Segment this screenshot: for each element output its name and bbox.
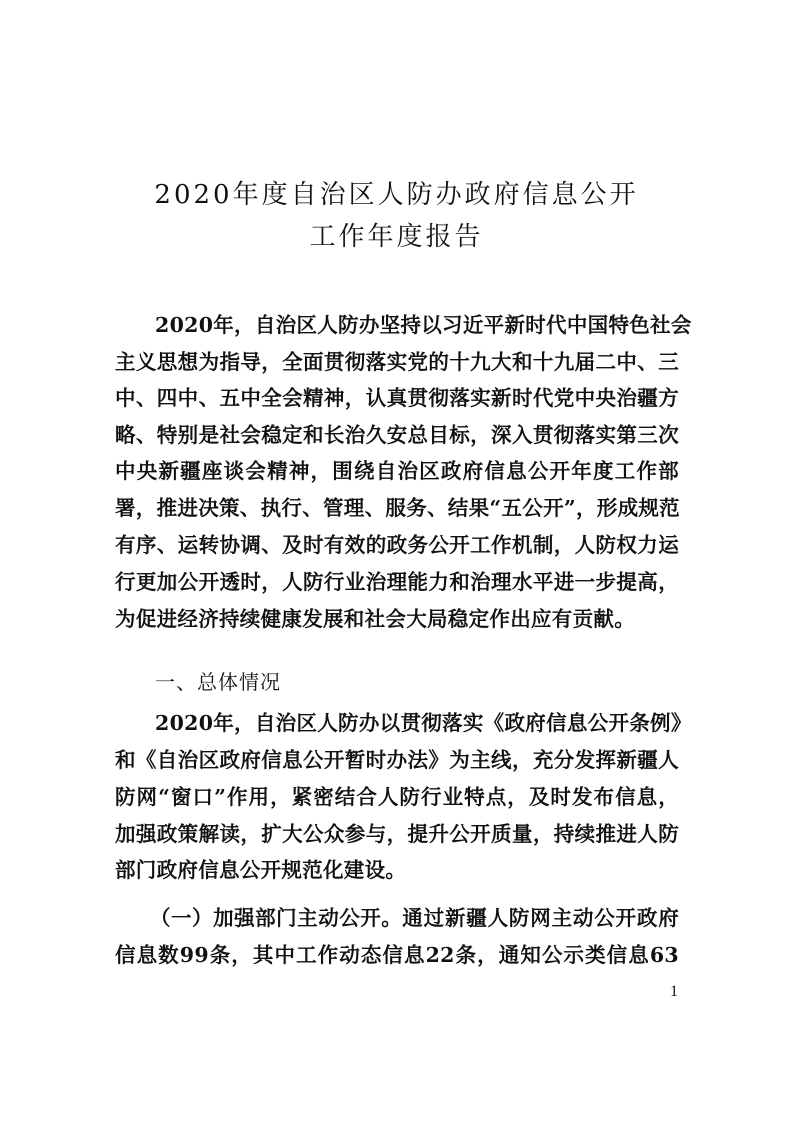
page-number: 1 (670, 982, 678, 1002)
paragraph-line: 为促进经济持续健康发展和社会大局稳定作出应有贡献。 (115, 604, 679, 634)
section-heading-overview: 一、总体情况 (155, 667, 281, 697)
paragraph-line: （一）加强部门主动公开。通过新疆人防网主动公开政府 (150, 903, 679, 933)
paragraph-line: 署，推进决策、执行、管理、服务、结果“五公开”，形成规范 (115, 493, 679, 523)
paragraph-line: 略、特别是社会稳定和长治久安总目标，深入贯彻落实第三次 (115, 420, 679, 450)
document-title-line-2: 工作年度报告 (0, 222, 793, 252)
paragraph-line: 和《自治区政府信息公开暂时办法》为主线，充分发挥新疆人 (115, 745, 679, 775)
paragraph-line: 行更加公开透时，人防行业治理能力和治理水平进一步提高， (115, 567, 679, 597)
paragraph-line: 防网“窗口”作用，紧密结合人防行业特点，及时发布信息， (115, 782, 679, 812)
subsection-heading: （一）加强部门主动公开。 (150, 906, 402, 930)
paragraph-line: 信息数99条，其中工作动态信息22条，通知公示类信息63 (115, 940, 679, 970)
document-title-line-1: 2020年度自治区人防办政府信息公开 (0, 180, 793, 210)
subsection-text: 通过新疆人防网主动公开政府 (402, 906, 679, 930)
paragraph-line: 2020年，自治区人防办以贯彻落实《政府信息公开条例》 (155, 708, 679, 738)
paragraph-line: 有序、运转协调、及时有效的政务公开工作机制，人防权力运 (115, 530, 679, 560)
paragraph-line: 部门政府信息公开规范化建设。 (115, 855, 679, 885)
paragraph-line: 中、四中、五中全会精神，认真贯彻落实新时代党中央治疆方 (115, 383, 679, 413)
paragraph-line: 加强政策解读，扩大公众参与，提升公开质量，持续推进人防 (115, 819, 679, 849)
paragraph-line: 2020年，自治区人防办坚持以习近平新时代中国特色社会 (155, 310, 679, 340)
document-page: 2020年度自治区人防办政府信息公开 工作年度报告 2020年，自治区人防办坚持… (0, 0, 793, 1122)
paragraph-line: 中央新疆座谈会精神，围绕自治区政府信息公开年度工作部 (115, 456, 679, 486)
paragraph-line: 主义思想为指导，全面贯彻落实党的十九大和十九届二中、三 (115, 347, 679, 377)
